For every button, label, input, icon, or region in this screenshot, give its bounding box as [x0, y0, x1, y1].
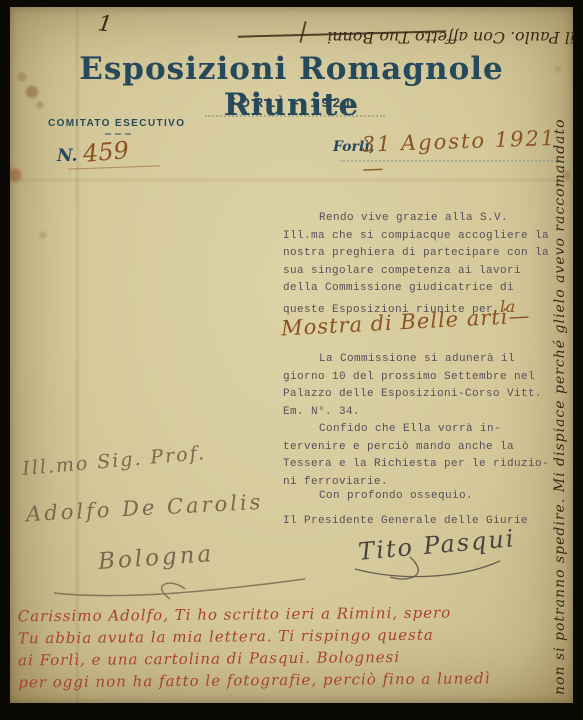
typed-line: giorno 10 del prossimo Settembre nel [283, 369, 568, 387]
closing-line: Con profondo ossequio. [283, 488, 583, 506]
bottom-note-line: per oggi non ha fatto le fotografie, per… [18, 667, 563, 694]
right-margin-note: non si potranno spedire. Mi dispiace per… [552, 15, 568, 695]
letterhead-title: Esposizioni Romagnole Riunite [10, 51, 573, 123]
typed-line: La Commissione si adunerà il [283, 351, 568, 369]
typed-line: tervenire e perciò mando anche la [283, 439, 568, 457]
typed-line: Em. N°. 34. [283, 404, 568, 422]
typed-line: della Commissione giudicatrice di [283, 280, 568, 298]
top-inverted-note: il Paulo. Con affetto Tuo Bonni [225, 9, 575, 47]
president-title: Il Presidente Generale delle Giurie [283, 513, 583, 531]
protocol-number-label: N. [57, 146, 77, 166]
letterhead-dotted-rule [205, 115, 385, 117]
scan-background: { "letterhead": { "title": "Esposizioni … [0, 0, 583, 720]
committee-label: COMITATO ESECUTIVO [48, 118, 185, 129]
typed-paragraph-2: La Commissione si adunerà il giorno 10 d… [283, 351, 568, 421]
typed-line: Tessera e la Richiesta per le riduzio- [283, 456, 568, 474]
dateline-date: 31 Agosto 1921— [361, 125, 574, 180]
check-mark: 1 [96, 11, 113, 38]
typed-line: Rendo vive grazie alla S.V. [283, 210, 568, 228]
protocol-underline [68, 165, 160, 169]
signature-flourish [350, 555, 510, 583]
typed-line: Palazzo delle Esposizioni-Corso Vitt. [283, 386, 568, 404]
typed-paragraph-1: Rendo vive grazie alla S.V. Ill.ma che s… [283, 210, 568, 319]
letter-paper: il Paulo. Con affetto Tuo Bonni 1 Esposi… [10, 7, 573, 703]
typed-paragraph-3: Confido che Ella vorrà in- tervenire e p… [283, 421, 568, 491]
recipient-underline-flourish [50, 575, 310, 601]
dateline-rule [340, 160, 565, 162]
typed-line: Confido che Ella vorrà in- [283, 421, 568, 439]
recipient-line-3: Bologna [97, 541, 215, 575]
typed-line: Ill.ma che si compiacque accogliere la [283, 228, 568, 246]
recipient-line-2: Adolfo De Carolis [26, 490, 264, 526]
typed-line: sua singolare competenza ai lavori [283, 263, 568, 281]
typed-line: nostra preghiera di partecipare con la [283, 245, 568, 263]
protocol-number-value: 459 [82, 136, 130, 168]
bottom-note: Carissimo Adolfo, Ti ho scritto ieri a R… [18, 601, 564, 694]
recipient-line-1: Ill.mo Sig. Prof. [21, 442, 206, 480]
committee-underline [105, 133, 131, 135]
letterhead-subtitle: FORLÌ - 1921 [10, 95, 573, 110]
